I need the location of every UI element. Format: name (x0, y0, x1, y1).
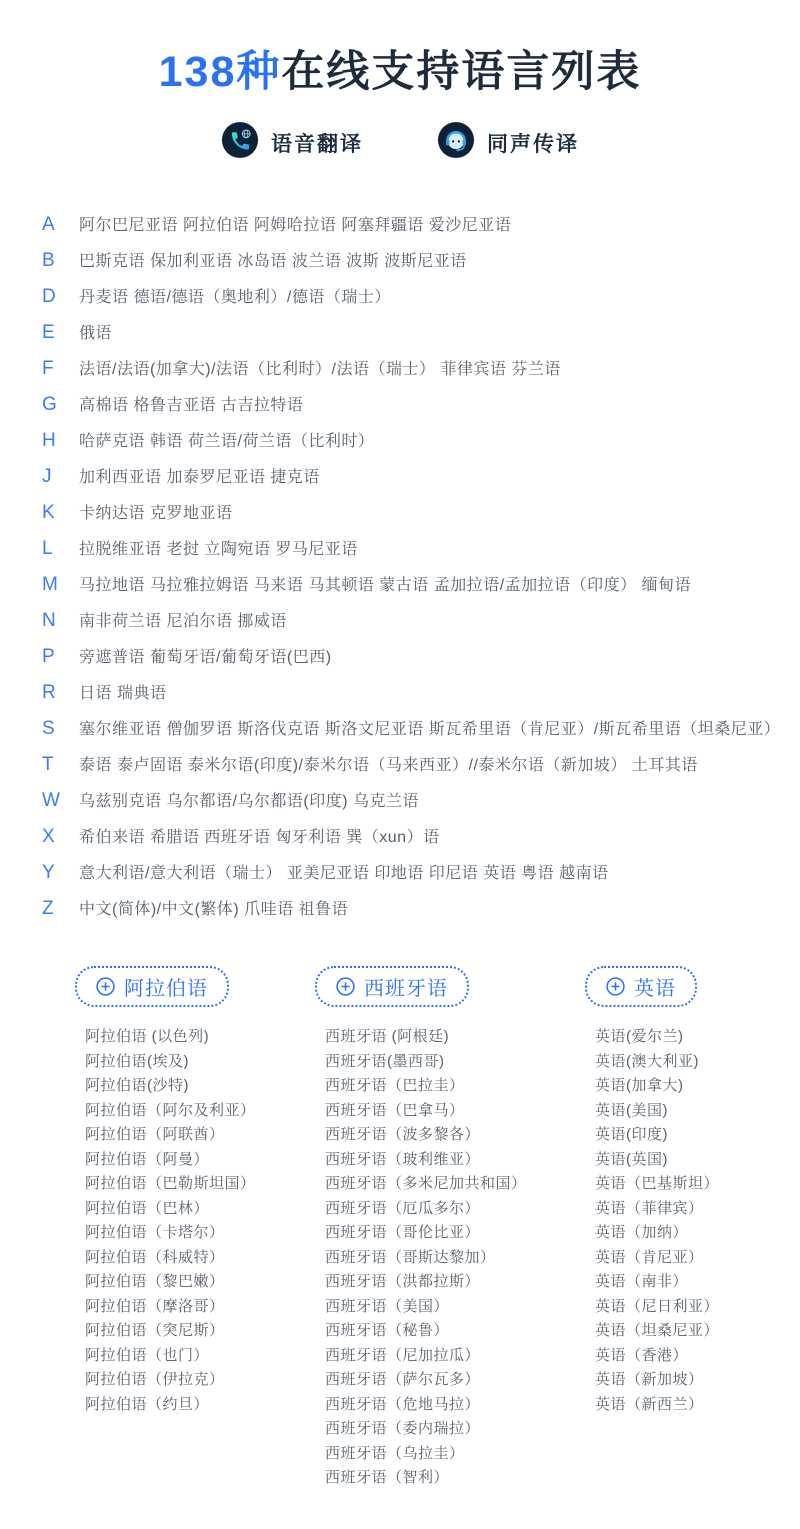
alphabet-row: H 哈萨克语 韩语 荷兰语/荷兰语（比利时） (42, 428, 800, 464)
alphabet-language-list: A 阿尔巴尼亚语 阿拉伯语 阿姆哈拉语 阿塞拜疆语 爱沙尼亚语 B 巴斯克语 保… (42, 212, 800, 932)
group-arabic-items: 阿拉伯语 (以色列)阿拉伯语(埃及)阿拉伯语(沙特)阿拉伯语（阿尔及利亚）阿拉伯… (75, 1025, 315, 1417)
language-variant-item: 英语(英国) (595, 1148, 800, 1173)
alphabet-languages: 丹麦语 德语/德语（奥地利）/德语（瑞士） (79, 284, 391, 307)
alphabet-letter: Z (42, 898, 79, 920)
alphabet-languages: 阿尔巴尼亚语 阿拉伯语 阿姆哈拉语 阿塞拜疆语 爱沙尼亚语 (79, 212, 511, 235)
group-english-expand-button[interactable]: 英语 (585, 966, 697, 1007)
alphabet-letter: A (42, 214, 79, 236)
language-variant-item: 阿拉伯语（也门） (85, 1344, 315, 1369)
language-variant-item: 西班牙语（尼加拉瓜） (325, 1344, 585, 1369)
alphabet-row: G 高棉语 格鲁吉亚语 古吉拉特语 (42, 392, 800, 428)
alphabet-row: F 法语/法语(加拿大)/法语（比利时）/法语（瑞士） 菲律宾语 芬兰语 (42, 356, 800, 392)
language-variant-item: 英语（菲律宾） (595, 1197, 800, 1222)
language-variant-item: 英语（香港） (595, 1344, 800, 1369)
language-variant-item: 西班牙语（巴拉圭） (325, 1074, 585, 1099)
group-spanish-title: 西班牙语 (364, 972, 448, 1001)
language-variant-item: 阿拉伯语（阿联酋） (85, 1123, 315, 1148)
language-variant-item: 西班牙语（乌拉圭） (325, 1442, 585, 1467)
language-variant-item: 英语(加拿大) (595, 1074, 800, 1099)
feature-simultaneous-interpretation: 同声传译 (437, 121, 579, 164)
alphabet-languages: 意大利语/意大利语（瑞士） 亚美尼亚语 印地语 印尼语 英语 粤语 越南语 (79, 860, 609, 883)
language-variant-item: 阿拉伯语(沙特) (85, 1074, 315, 1099)
group-spanish-items: 西班牙语 (阿根廷)西班牙语(墨西哥)西班牙语（巴拉圭）西班牙语（巴拿马）西班牙… (315, 1025, 585, 1491)
plus-circle-icon (96, 977, 115, 996)
alphabet-row: R 日语 瑞典语 (42, 680, 800, 716)
alphabet-languages: 拉脱维亚语 老挝 立陶宛语 罗马尼亚语 (79, 536, 358, 559)
alphabet-row: E 俄语 (42, 320, 800, 356)
alphabet-letter: T (42, 754, 79, 776)
alphabet-row: W 乌兹别克语 乌尔都语/乌尔都语(印度) 乌克兰语 (42, 788, 800, 824)
language-variant-item: 英语（加纳） (595, 1221, 800, 1246)
alphabet-languages: 马拉地语 马拉雅拉姆语 马来语 马其顿语 蒙古语 孟加拉语/孟加拉语（印度） 缅… (79, 572, 691, 595)
alphabet-languages: 俄语 (79, 320, 112, 343)
language-variant-item: 英语（巴基斯坦） (595, 1172, 800, 1197)
language-variant-item: 阿拉伯语（摩洛哥） (85, 1295, 315, 1320)
alphabet-letter: P (42, 646, 79, 668)
alphabet-row: J 加利西亚语 加泰罗尼亚语 捷克语 (42, 464, 800, 500)
language-variant-item: 西班牙语（哥伦比亚） (325, 1221, 585, 1246)
alphabet-languages: 巴斯克语 保加利亚语 冰岛语 波兰语 波斯 波斯尼亚语 (79, 248, 467, 271)
page-title: 138种在线支持语言列表 (0, 0, 800, 99)
alphabet-letter: M (42, 574, 79, 596)
group-arabic-expand-button[interactable]: 阿拉伯语 (75, 966, 229, 1007)
voice-translate-icon (221, 121, 259, 164)
feature-row: 语音翻译 同声传译 (0, 121, 800, 164)
language-variant-item: 英语(澳大利亚) (595, 1050, 800, 1075)
alphabet-row: D 丹麦语 德语/德语（奥地利）/德语（瑞士） (42, 284, 800, 320)
simultaneous-interpretation-icon (437, 121, 475, 164)
alphabet-letter: N (42, 610, 79, 632)
alphabet-languages: 哈萨克语 韩语 荷兰语/荷兰语（比利时） (79, 428, 374, 451)
alphabet-row: M 马拉地语 马拉雅拉姆语 马来语 马其顿语 蒙古语 孟加拉语/孟加拉语（印度）… (42, 572, 800, 608)
language-variant-item: 阿拉伯语 (以色列) (85, 1025, 315, 1050)
alphabet-row: A 阿尔巴尼亚语 阿拉伯语 阿姆哈拉语 阿塞拜疆语 爱沙尼亚语 (42, 212, 800, 248)
language-variant-item: 西班牙语（玻利维亚） (325, 1148, 585, 1173)
alphabet-languages: 加利西亚语 加泰罗尼亚语 捷克语 (79, 464, 320, 487)
language-variant-item: 阿拉伯语（阿尔及利亚） (85, 1099, 315, 1124)
language-variant-item: 西班牙语（哥斯达黎加） (325, 1246, 585, 1271)
language-variant-item: 阿拉伯语（巴勒斯坦国） (85, 1172, 315, 1197)
alphabet-letter: L (42, 538, 79, 560)
alphabet-languages: 旁遮普语 葡萄牙语/葡萄牙语(巴西) (79, 644, 332, 667)
alphabet-letter: S (42, 718, 79, 740)
feature-voice-translate: 语音翻译 (221, 121, 363, 164)
alphabet-row: X 希伯来语 希腊语 西班牙语 匈牙利语 巽（xun）语 (42, 824, 800, 860)
language-variant-item: 英语（新加坡） (595, 1368, 800, 1393)
language-variant-item: 西班牙语（厄瓜多尔） (325, 1197, 585, 1222)
group-english-items: 英语(爱尔兰)英语(澳大利亚)英语(加拿大)英语(美国)英语(印度)英语(英国)… (585, 1025, 800, 1417)
group-english-title: 英语 (634, 972, 676, 1001)
alphabet-row: Z 中文(简体)/中文(繁体) 爪哇语 祖鲁语 (42, 896, 800, 932)
language-variant-item: 英语(美国) (595, 1099, 800, 1124)
voice-translate-label: 语音翻译 (271, 128, 363, 158)
language-variant-item: 西班牙语 (阿根廷) (325, 1025, 585, 1050)
alphabet-letter: W (42, 790, 79, 812)
alphabet-letter: E (42, 322, 79, 344)
language-variant-item: 英语（新西兰） (595, 1393, 800, 1418)
language-variant-item: 阿拉伯语（科威特） (85, 1246, 315, 1271)
alphabet-languages: 乌兹别克语 乌尔都语/乌尔都语(印度) 乌克兰语 (79, 788, 419, 811)
language-variant-item: 西班牙语（萨尔瓦多） (325, 1368, 585, 1393)
alphabet-letter: H (42, 430, 79, 452)
group-arabic-title: 阿拉伯语 (124, 972, 208, 1001)
language-variant-item: 西班牙语（洪都拉斯） (325, 1270, 585, 1295)
language-variant-item: 阿拉伯语（黎巴嫩） (85, 1270, 315, 1295)
alphabet-languages: 南非荷兰语 尼泊尔语 挪威语 (79, 608, 287, 631)
alphabet-letter: F (42, 358, 79, 380)
alphabet-row: K 卡纳达语 克罗地亚语 (42, 500, 800, 536)
language-variant-item: 阿拉伯语（卡塔尔） (85, 1221, 315, 1246)
alphabet-languages: 泰语 泰卢固语 泰米尔语(印度)/泰米尔语（马来西亚）//泰米尔语（新加坡） 土… (79, 752, 698, 775)
alphabet-letter: B (42, 250, 79, 272)
language-variant-groups: 阿拉伯语 阿拉伯语 (以色列)阿拉伯语(埃及)阿拉伯语(沙特)阿拉伯语（阿尔及利… (75, 966, 800, 1491)
alphabet-languages: 塞尔维亚语 僧伽罗语 斯洛伐克语 斯洛文尼亚语 斯瓦希里语（肯尼亚）/斯瓦希里语… (79, 716, 780, 739)
language-variant-item: 阿拉伯语(埃及) (85, 1050, 315, 1075)
language-variant-item: 英语(印度) (595, 1123, 800, 1148)
alphabet-row: N 南非荷兰语 尼泊尔语 挪威语 (42, 608, 800, 644)
alphabet-row: Y 意大利语/意大利语（瑞士） 亚美尼亚语 印地语 印尼语 英语 粤语 越南语 (42, 860, 800, 896)
alphabet-letter: K (42, 502, 79, 524)
language-variant-item: 阿拉伯语（突尼斯） (85, 1319, 315, 1344)
language-variant-item: 西班牙语（秘鲁） (325, 1319, 585, 1344)
language-variant-item: 阿拉伯语（巴林） (85, 1197, 315, 1222)
language-variant-item: 西班牙语（波多黎各） (325, 1123, 585, 1148)
language-variant-item: 英语(爱尔兰) (595, 1025, 800, 1050)
language-variant-item: 西班牙语（委内瑞拉） (325, 1417, 585, 1442)
alphabet-letter: Y (42, 862, 79, 884)
alphabet-languages: 日语 瑞典语 (79, 680, 166, 703)
language-variant-item: 阿拉伯语（阿曼） (85, 1148, 315, 1173)
language-variant-item: 英语（坦桑尼亚） (595, 1319, 800, 1344)
language-variant-item: 阿拉伯语（约旦） (85, 1393, 315, 1418)
alphabet-letter: G (42, 394, 79, 416)
plus-circle-icon (606, 977, 625, 996)
group-arabic: 阿拉伯语 阿拉伯语 (以色列)阿拉伯语(埃及)阿拉伯语(沙特)阿拉伯语（阿尔及利… (75, 966, 315, 1491)
language-variant-item: 西班牙语（多米尼加共和国） (325, 1172, 585, 1197)
alphabet-letter: X (42, 826, 79, 848)
alphabet-row: S 塞尔维亚语 僧伽罗语 斯洛伐克语 斯洛文尼亚语 斯瓦希里语（肯尼亚）/斯瓦希… (42, 716, 800, 752)
group-english: 英语 英语(爱尔兰)英语(澳大利亚)英语(加拿大)英语(美国)英语(印度)英语(… (585, 966, 800, 1491)
alphabet-languages: 法语/法语(加拿大)/法语（比利时）/法语（瑞士） 菲律宾语 芬兰语 (79, 356, 561, 379)
alphabet-row: B 巴斯克语 保加利亚语 冰岛语 波兰语 波斯 波斯尼亚语 (42, 248, 800, 284)
language-variant-item: 英语（肯尼亚） (595, 1246, 800, 1271)
page-title-count: 138种 (159, 48, 282, 96)
language-variant-item: 西班牙语（智利） (325, 1466, 585, 1491)
alphabet-letter: R (42, 682, 79, 704)
page-title-text: 在线支持语言列表 (281, 48, 641, 96)
language-variant-item: 西班牙语（危地马拉） (325, 1393, 585, 1418)
alphabet-letter: D (42, 286, 79, 308)
language-variant-item: 阿拉伯语（伊拉克） (85, 1368, 315, 1393)
language-variant-item: 西班牙语（巴拿马） (325, 1099, 585, 1124)
language-variant-item: 西班牙语(墨西哥) (325, 1050, 585, 1075)
language-variant-item: 英语（南非） (595, 1270, 800, 1295)
group-spanish-expand-button[interactable]: 西班牙语 (315, 966, 469, 1007)
alphabet-languages: 希伯来语 希腊语 西班牙语 匈牙利语 巽（xun）语 (79, 824, 440, 847)
alphabet-row: T 泰语 泰卢固语 泰米尔语(印度)/泰米尔语（马来西亚）//泰米尔语（新加坡）… (42, 752, 800, 788)
alphabet-languages: 卡纳达语 克罗地亚语 (79, 500, 232, 523)
language-variant-item: 西班牙语（美国） (325, 1295, 585, 1320)
supported-languages-page: 138种在线支持语言列表 语音翻译 (0, 0, 800, 1529)
alphabet-letter: J (42, 466, 79, 488)
simultaneous-interpretation-label: 同声传译 (487, 128, 579, 158)
alphabet-row: P 旁遮普语 葡萄牙语/葡萄牙语(巴西) (42, 644, 800, 680)
alphabet-row: L 拉脱维亚语 老挝 立陶宛语 罗马尼亚语 (42, 536, 800, 572)
group-spanish: 西班牙语 西班牙语 (阿根廷)西班牙语(墨西哥)西班牙语（巴拉圭）西班牙语（巴拿… (315, 966, 585, 1491)
plus-circle-icon (336, 977, 355, 996)
alphabet-languages: 高棉语 格鲁吉亚语 古吉拉特语 (79, 392, 303, 415)
language-variant-item: 英语（尼日利亚） (595, 1295, 800, 1320)
alphabet-languages: 中文(简体)/中文(繁体) 爪哇语 祖鲁语 (79, 896, 348, 919)
